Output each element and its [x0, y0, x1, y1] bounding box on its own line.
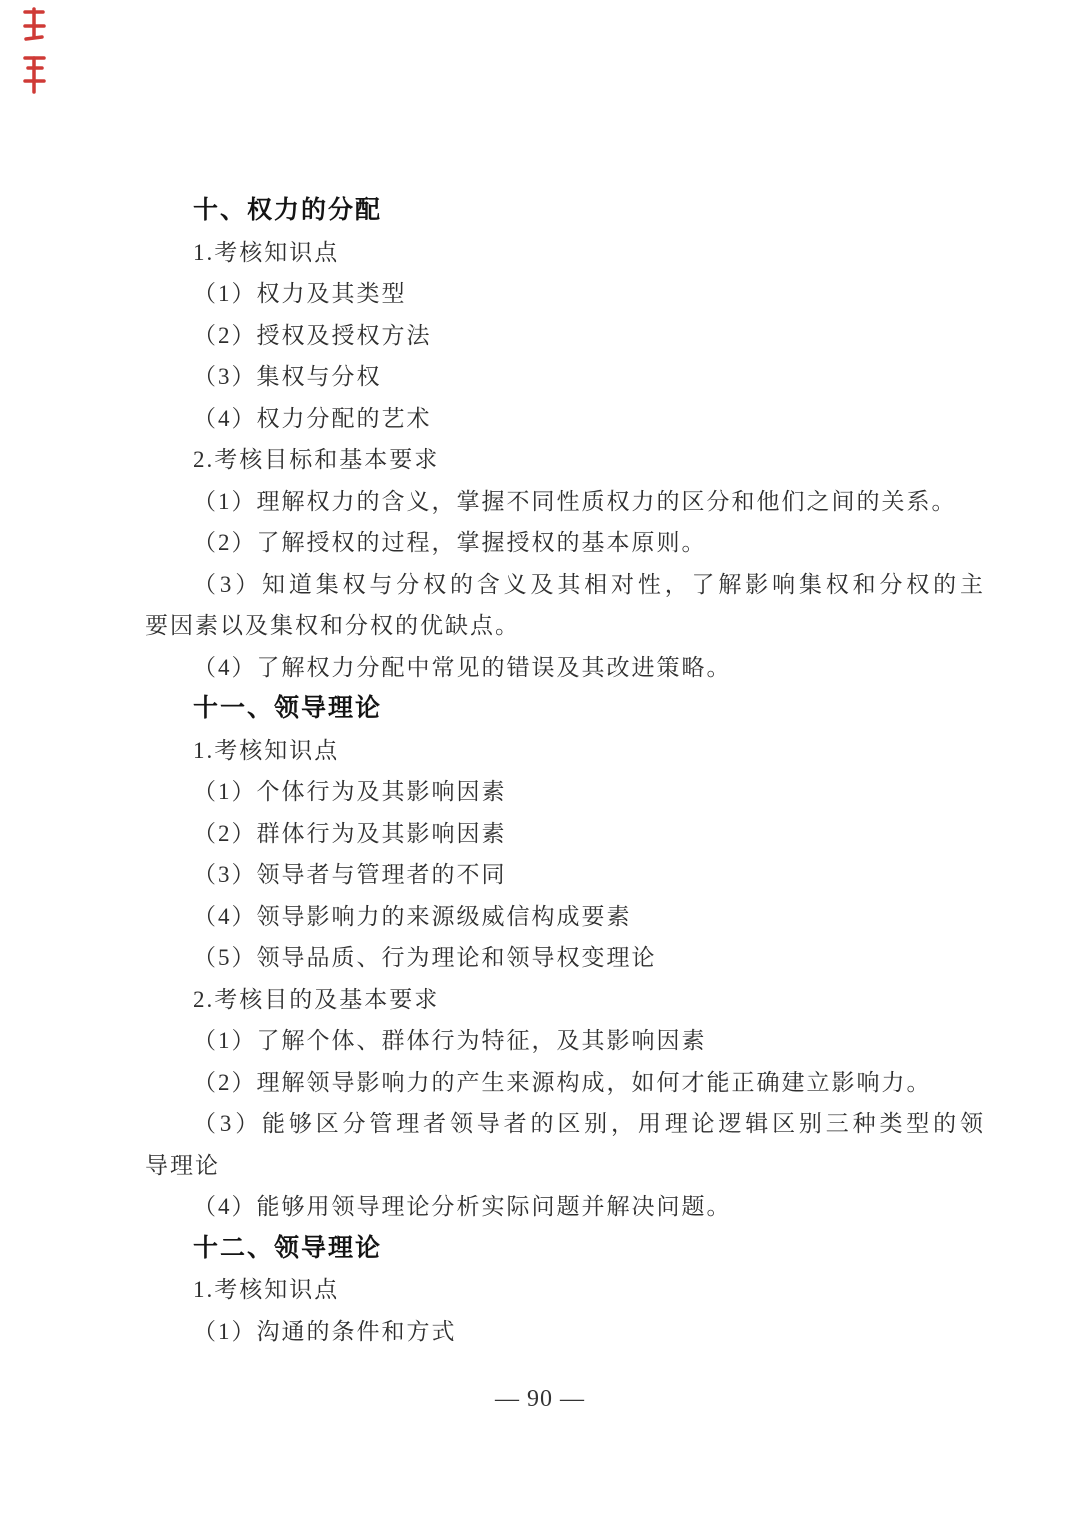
text-line: 1.考核知识点	[145, 232, 985, 274]
section-heading: 十一、领导理论	[145, 688, 985, 730]
document-page: 十、权力的分配1.考核知识点（1）权力及其类型（2）授权及授权方法（3）集权与分…	[0, 0, 1080, 1527]
text-line: 2.考核目标和基本要求	[145, 439, 985, 481]
text-line: （1）权力及其类型	[145, 273, 985, 315]
text-line: （2）授权及授权方法	[145, 315, 985, 357]
red-edge-mark-glyphs	[22, 6, 52, 101]
page-number: — 90 —	[495, 1386, 585, 1412]
section-heading: 十、权力的分配	[145, 190, 985, 232]
text-line: （3）集权与分权	[145, 356, 985, 398]
text-line: （4）权力分配的艺术	[145, 398, 985, 440]
text-line: （2）了解授权的过程，掌握授权的基本原则。	[145, 522, 985, 564]
text-line: （1）沟通的条件和方式	[145, 1311, 985, 1353]
text-line: （1）理解权力的含义，掌握不同性质权力的区分和他们之间的关系。	[145, 481, 985, 523]
text-line: （2）群体行为及其影响因素	[145, 813, 985, 855]
text-line: 2.考核目的及基本要求	[145, 979, 985, 1021]
text-line: 1.考核知识点	[145, 1269, 985, 1311]
text-line: 1.考核知识点	[145, 730, 985, 772]
text-line: （4）能够用领导理论分析实际问题并解决问题。	[145, 1186, 985, 1228]
red-edge-mark	[22, 6, 52, 101]
text-line: （2）理解领导影响力的产生来源构成，如何才能正确建立影响力。	[145, 1062, 985, 1104]
text-line: （3）能够区分管理者领导者的区别，用理论逻辑区别三种类型的领	[145, 1103, 985, 1145]
text-line: 导理论	[145, 1145, 985, 1187]
text-line: （4）领导影响力的来源级威信构成要素	[145, 896, 985, 938]
text-line: （3）领导者与管理者的不同	[145, 854, 985, 896]
text-line: （3）知道集权与分权的含义及其相对性，了解影响集权和分权的主	[145, 564, 985, 606]
text-line: （5）领导品质、行为理论和领导权变理论	[145, 937, 985, 979]
section-heading: 十二、领导理论	[145, 1228, 985, 1270]
text-line: （4）了解权力分配中常见的错误及其改进策略。	[145, 647, 985, 689]
text-line: （1）了解个体、群体行为特征，及其影响因素	[145, 1020, 985, 1062]
text-line: （1）个体行为及其影响因素	[145, 771, 985, 813]
text-line: 要因素以及集权和分权的优缺点。	[145, 605, 985, 647]
page-footer: — 90 —	[0, 1386, 1080, 1413]
page-body: 十、权力的分配1.考核知识点（1）权力及其类型（2）授权及授权方法（3）集权与分…	[145, 190, 985, 1352]
